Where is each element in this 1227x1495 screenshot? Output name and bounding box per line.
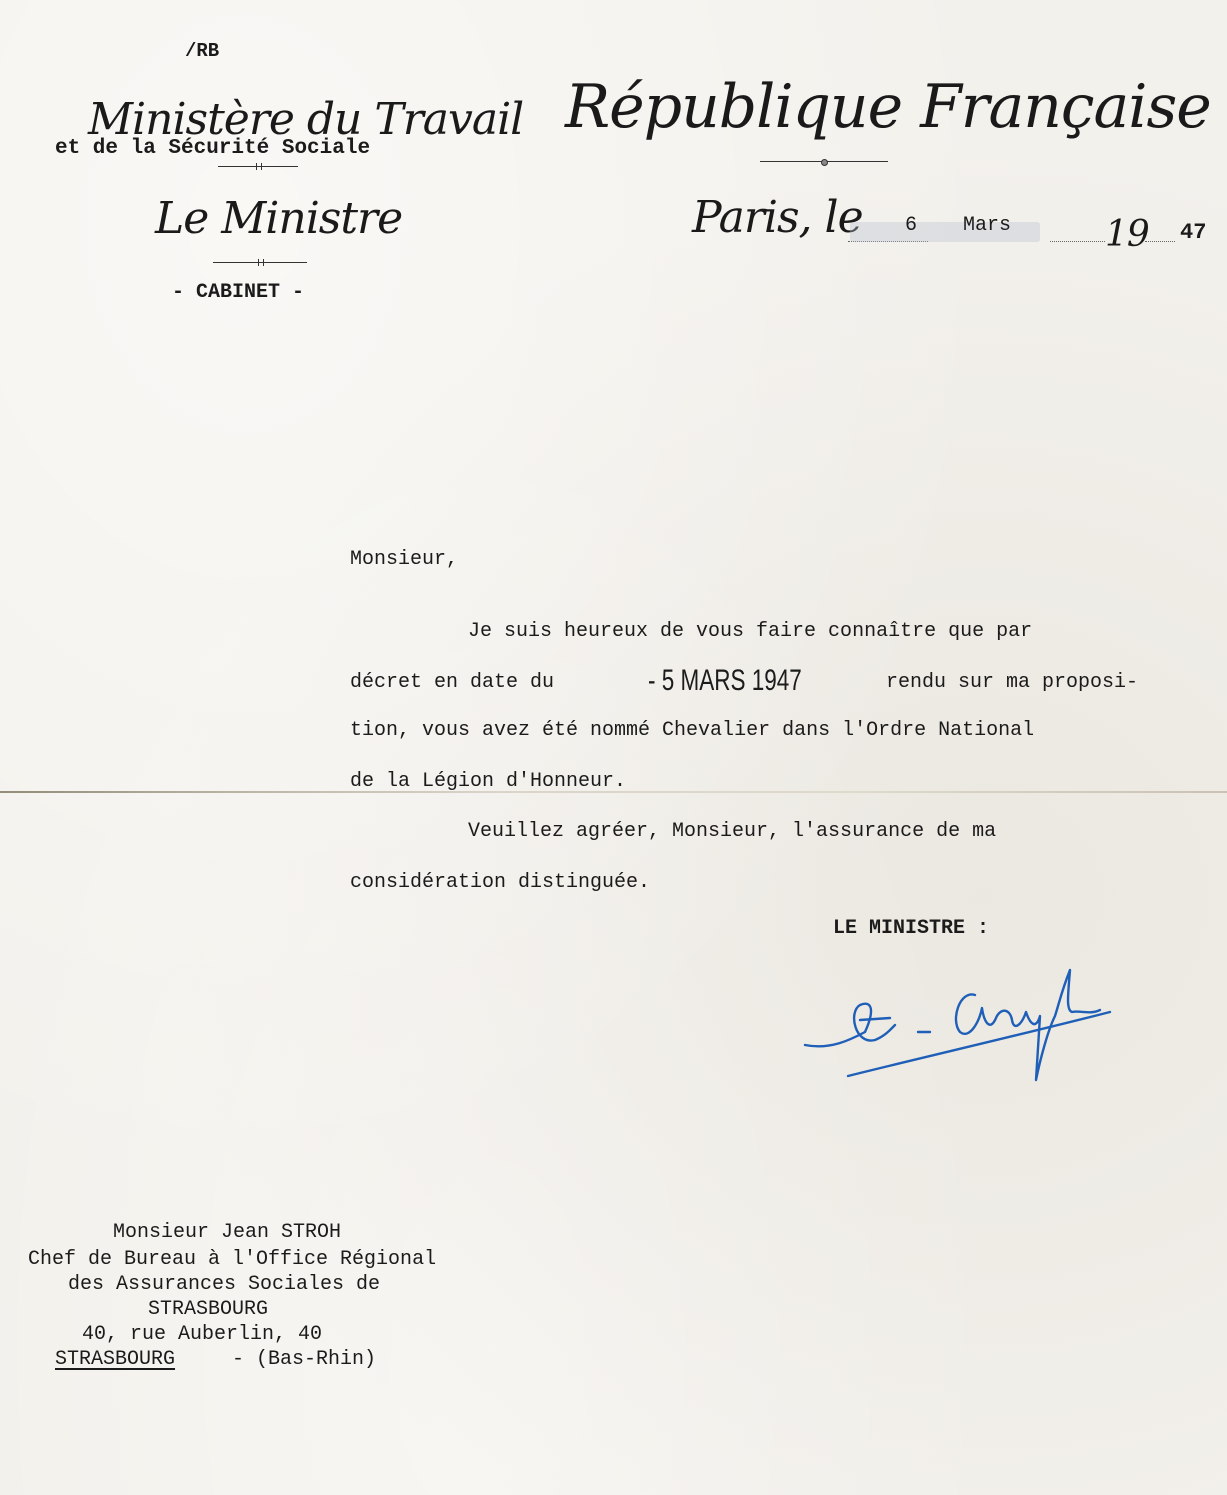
body-line: de la Légion d'Honneur. [350,770,626,793]
date-century: 19 [1105,214,1149,255]
body-line: rendu sur ma proposi- [886,671,1138,694]
date-month: Mars [963,214,1011,237]
date-year: 47 [1180,220,1206,245]
recipient-organization: des Assurances Sociales de [68,1273,380,1296]
date-fill-line [1050,240,1105,242]
recipient-city: STRASBOURG [55,1348,175,1371]
date-fill-line [1145,240,1175,242]
body-line: Veuillez agréer, Monsieur, l'assurance d… [468,820,996,843]
salutation: Monsieur, [350,548,458,571]
recipient-position: Chef de Bureau à l'Office Régional [28,1248,436,1271]
divider-ornament [760,161,888,162]
date-day: 6 [905,214,917,237]
erased-date-smudge [850,222,1040,242]
department-label: - CABINET - [172,281,304,304]
recipient-organization-city: STRASBOURG [148,1298,268,1321]
divider-ornament [218,166,298,167]
body-line: tion, vous avez été nommé Chevalier dans… [350,719,1034,742]
ministry-name-typed: et de la Sécurité Sociale [55,137,370,160]
signatory-title: LE MINISTRE : [833,917,989,940]
decree-date-stamp: - 5 MARS 1947 [648,664,802,698]
body-line: Je suis heureux de vous faire connaître … [468,620,1032,643]
republic-heading: République Française [565,72,1211,142]
body-line: décret en date du [350,671,554,694]
role-title-script: Le Ministre [155,193,402,244]
body-line: considération distinguée. [350,871,650,894]
dateline-place: Paris, le [692,192,863,243]
divider-ornament [213,262,307,263]
recipient-region: - (Bas-Rhin) [232,1348,376,1371]
recipient-name: Monsieur Jean STROH [113,1221,341,1244]
handwritten-signature [800,950,1120,1090]
recipient-street: 40, rue Auberlin, 40 [82,1323,322,1346]
reference-code: /RB [185,40,219,62]
